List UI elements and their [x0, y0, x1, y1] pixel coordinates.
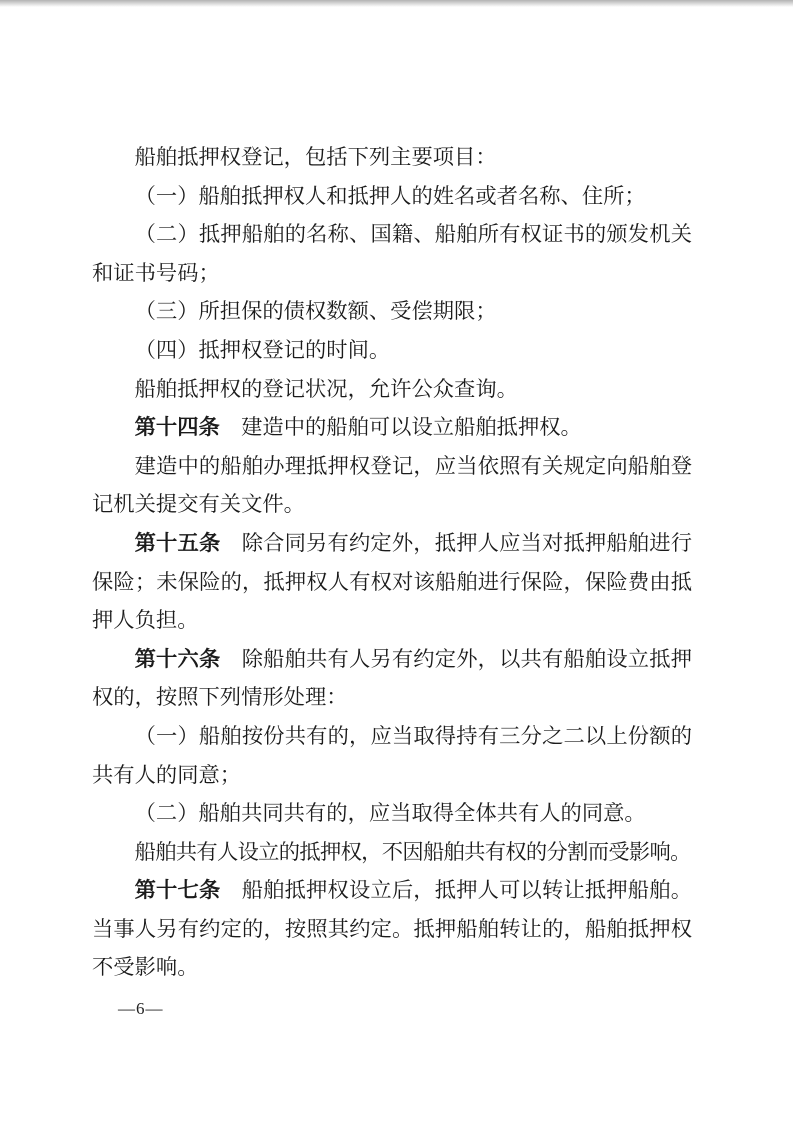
paragraph-text: （二）抵押船舶的名称、国籍、船舶所有权证书的颁发机关和证书号码； [92, 222, 692, 285]
article-paragraph: 第十七条船舶抵押权设立后，抵押人可以转让抵押船舶。当事人另有约定的，按照其约定。… [92, 871, 692, 987]
list-item-paragraph: （一）船舶抵押权人和抵押人的姓名或者名称、住所； [92, 177, 692, 216]
article-number: 第十四条 [135, 415, 220, 439]
list-item-paragraph: （二）船舶共同共有的，应当取得全体共有人的同意。 [92, 794, 692, 833]
list-item-paragraph: （一）船舶按份共有的，应当取得持有三分之二以上份额的共有人的同意； [92, 717, 692, 794]
article-paragraph: 第十五条除合同另有约定外，抵押人应当对抵押船舶进行保险；未保险的，抵押权人有权对… [92, 524, 692, 640]
paragraph-text: 建造中的船舶办理抵押权登记，应当依照有关规定向船舶登记机关提交有关文件。 [92, 454, 692, 517]
list-item-paragraph: （二）抵押船舶的名称、国籍、船舶所有权证书的颁发机关和证书号码； [92, 215, 692, 292]
scan-edge-artifact [0, 0, 793, 7]
paragraph-text: （一）船舶抵押权人和抵押人的姓名或者名称、住所； [135, 184, 646, 208]
page-number: —6— [118, 999, 164, 1019]
text-column: 船舶抵押权登记，包括下列主要项目： （一）船舶抵押权人和抵押人的姓名或者名称、住… [92, 138, 692, 987]
paragraph-text: 船舶抵押权登记，包括下列主要项目： [135, 145, 497, 169]
article-number: 第十六条 [135, 647, 221, 671]
article-paragraph: 第十六条除船舶共有人另有约定外，以共有船舶设立抵押权的，按照下列情形处理： [92, 640, 692, 717]
paragraph-text: 船舶共有人设立的抵押权，不因船舶共有权的分割而受影响。 [135, 840, 691, 864]
article-number: 第十五条 [135, 531, 221, 555]
list-item-paragraph: （三）所担保的债权数额、受偿期限； [92, 292, 692, 331]
list-item-paragraph: （四）抵押权登记的时间。 [92, 331, 692, 370]
paragraph: 船舶抵押权的登记状况，允许公众查询。 [92, 370, 692, 409]
paragraph-text: （四）抵押权登记的时间。 [135, 338, 391, 362]
article-number: 第十七条 [135, 878, 221, 902]
paragraph-text: （二）船舶共同共有的，应当取得全体共有人的同意。 [135, 801, 646, 825]
article-paragraph: 第十四条建造中的船舶可以设立船舶抵押权。 [92, 408, 692, 447]
paragraph-text: （一）船舶按份共有的，应当取得持有三分之二以上份额的共有人的同意； [92, 724, 692, 787]
document-page: 船舶抵押权登记，包括下列主要项目： （一）船舶抵押权人和抵押人的姓名或者名称、住… [0, 0, 793, 1122]
paragraph: 船舶共有人设立的抵押权，不因船舶共有权的分割而受影响。 [92, 833, 692, 872]
paragraph: 建造中的船舶办理抵押权登记，应当依照有关规定向船舶登记机关提交有关文件。 [92, 447, 692, 524]
paragraph-text: （三）所担保的债权数额、受偿期限； [135, 299, 497, 323]
paragraph-text: 船舶抵押权的登记状况，允许公众查询。 [135, 377, 518, 401]
paragraph: 船舶抵押权登记，包括下列主要项目： [92, 138, 692, 177]
paragraph-text: 建造中的船舶可以设立船舶抵押权。 [241, 415, 582, 439]
